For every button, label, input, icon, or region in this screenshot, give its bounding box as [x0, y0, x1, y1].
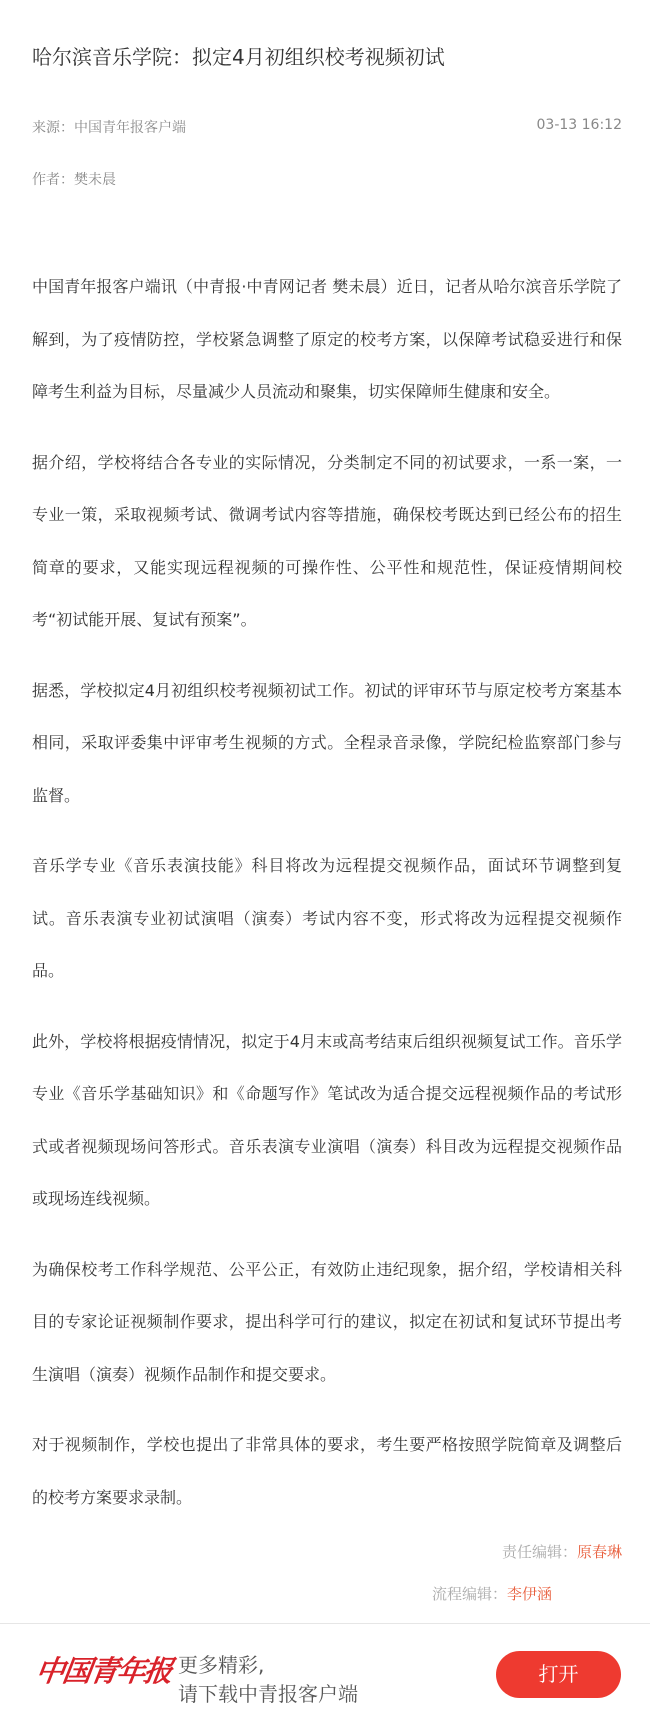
article-source: 来源：中国青年报客户端	[32, 117, 186, 137]
paragraph: 据介绍，学校将结合各专业的实际情况，分类制定不同的初试要求，一系一案，一专业一策…	[32, 437, 622, 647]
editor-label: 责任编辑：	[502, 1543, 577, 1561]
editor-name: 李伊涵	[507, 1585, 552, 1603]
editor-label: 流程编辑：	[432, 1585, 507, 1603]
article-body: 中国青年报客户端讯（中青报·中青网记者 樊未晨）近日，记者从哈尔滨音乐学院了解到…	[32, 261, 622, 1542]
editor-credits: 责任编辑：原春琳 流程编辑：李伊涵	[432, 1531, 622, 1615]
cyd-logo: 中国青年报	[33, 1649, 174, 1690]
article-meta: 来源：中国青年报客户端 03-13 16:12	[32, 117, 622, 139]
paragraph: 音乐学专业《音乐表演技能》科目将改为远程提交视频作品，面试环节调整到复试。音乐表…	[32, 840, 622, 998]
paragraph: 中国青年报客户端讯（中青报·中青网记者 樊未晨）近日，记者从哈尔滨音乐学院了解到…	[32, 261, 622, 419]
promo-line-2: 请下载中青报客户端	[178, 1680, 358, 1709]
article-author: 作者：樊未晨	[32, 169, 116, 189]
promo-line-1: 更多精彩,	[178, 1651, 358, 1680]
paragraph: 为确保校考工作科学规范、公平公正，有效防止违纪现象，据介绍，学校请相关科目的专家…	[32, 1244, 622, 1402]
open-app-button[interactable]: 打开	[496, 1651, 621, 1698]
editor-name: 原春琳	[577, 1543, 622, 1561]
article-timestamp: 03-13 16:12	[537, 117, 622, 133]
paragraph: 此外，学校将根据疫情情况，拟定于4月末或高考结束后组织视频复试工作。音乐学专业《…	[32, 1016, 622, 1226]
app-download-banner: 中国青年报 更多精彩, 请下载中青报客户端 打开	[0, 1623, 650, 1719]
paragraph: 对于视频制作，学校也提出了非常具体的要求，考生要严格按照学院简章及调整后的校考方…	[32, 1419, 622, 1524]
article-title: 哈尔滨音乐学院：拟定4月初组织校考视频初试	[32, 43, 445, 71]
process-editor: 流程编辑：李伊涵	[432, 1573, 552, 1615]
paragraph: 据悉，学校拟定4月初组织校考视频初试工作。初试的评审环节与原定校考方案基本相同，…	[32, 665, 622, 823]
responsible-editor: 责任编辑：原春琳	[432, 1531, 622, 1573]
promo-text: 更多精彩, 请下载中青报客户端	[178, 1651, 358, 1709]
